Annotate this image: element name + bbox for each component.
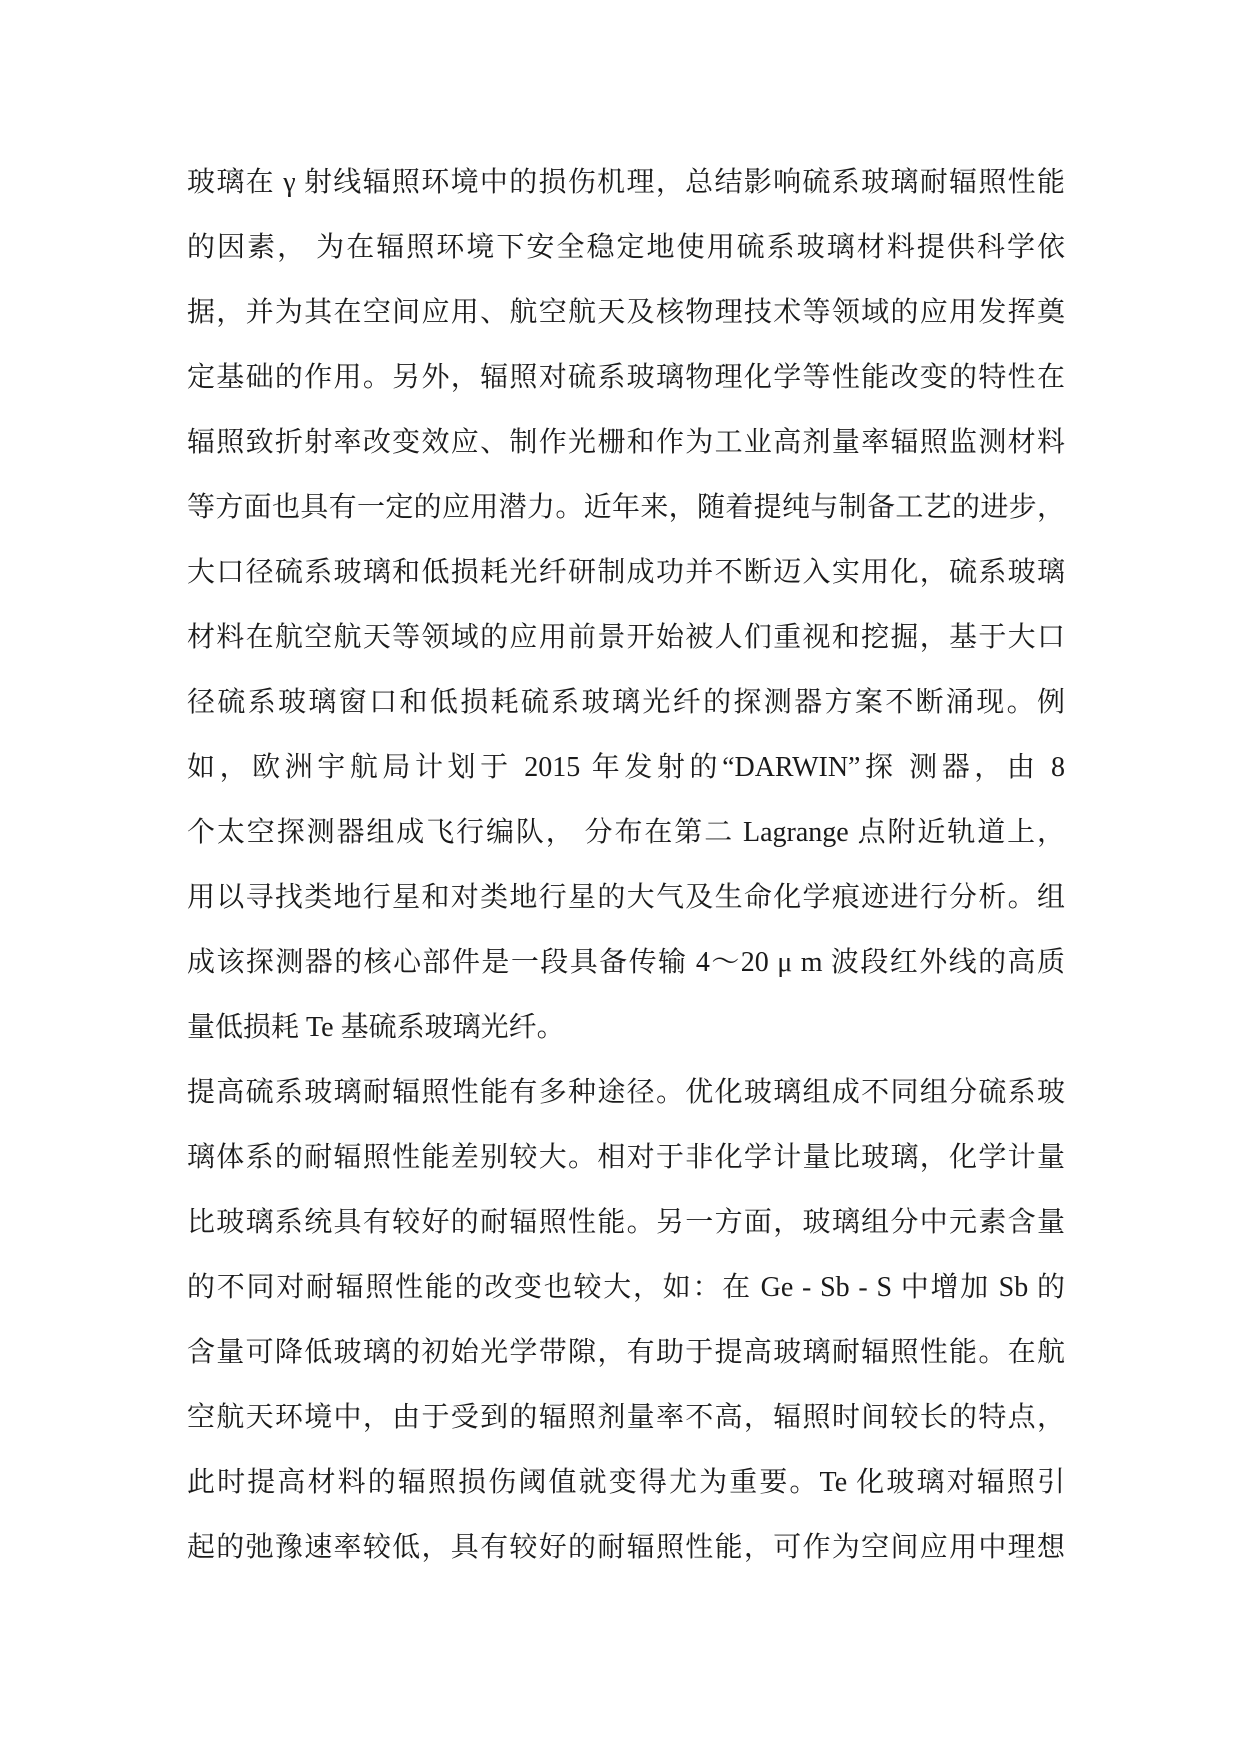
text-line: 玻璃在 γ 射线辐照环境中的损伤机理，总结影响硫系玻璃耐辐照性能 xyxy=(187,150,1065,215)
text-line: 大口径硫系玻璃和低损耗光纤研制成功并不断迈入实用化，硫系玻璃 xyxy=(187,540,1065,605)
text-line: 提高硫系玻璃耐辐照性能有多种途径。优化玻璃组成不同组分硫系玻 xyxy=(187,1060,1065,1125)
text-line: 量低损耗 Te 基硫系玻璃光纤。 xyxy=(187,995,1065,1060)
text-line: 用以寻找类地行星和对类地行星的大气及生命化学痕迹进行分析。组 xyxy=(187,865,1065,930)
text-line: 空航天环境中，由于受到的辐照剂量率不高，辐照时间较长的特点， xyxy=(187,1385,1065,1450)
text-line: 定基础的作用。另外，辐照对硫系玻璃物理化学等性能改变的特性在 xyxy=(187,345,1065,410)
text-line: 据，并为其在空间应用、航空航天及核物理技术等领域的应用发挥奠 xyxy=(187,280,1065,345)
text-line: 含量可降低玻璃的初始光学带隙，有助于提高玻璃耐辐照性能。在航 xyxy=(187,1320,1065,1385)
text-line: 此时提高材料的辐照损伤阈值就变得尤为重要。Te 化玻璃对辐照引 xyxy=(187,1450,1065,1515)
text-line: 个太空探测器组成飞行编队， 分布在第二 Lagrange 点附近轨道上， xyxy=(187,800,1065,865)
text-line: 如，欧洲宇航局计划于 2015 年发射的“DARWIN”探 测器，由 8 xyxy=(187,735,1065,800)
text-line: 的不同对耐辐照性能的改变也较大，如：在 Ge - Sb - S 中增加 Sb 的 xyxy=(187,1255,1065,1320)
text-line: 辐照致折射率改变效应、制作光栅和作为工业高剂量率辐照监测材料 xyxy=(187,410,1065,475)
text-line: 比玻璃系统具有较好的耐辐照性能。另一方面，玻璃组分中元素含量 xyxy=(187,1190,1065,1255)
text-line: 成该探测器的核心部件是一段具备传输 4～20 μ m 波段红外线的高质 xyxy=(187,930,1065,995)
paragraph-2: 提高硫系玻璃耐辐照性能有多种途径。优化玻璃组成不同组分硫系玻 璃体系的耐辐照性能… xyxy=(187,1060,1065,1580)
text-block: 玻璃在 γ 射线辐照环境中的损伤机理，总结影响硫系玻璃耐辐照性能 的因素， 为在… xyxy=(187,150,1065,1580)
text-line: 等方面也具有一定的应用潜力。近年来，随着提纯与制备工艺的进步， xyxy=(187,475,1065,540)
text-line: 材料在航空航天等领域的应用前景开始被人们重视和挖掘，基于大口 xyxy=(187,605,1065,670)
text-line: 璃体系的耐辐照性能差别较大。相对于非化学计量比玻璃，化学计量 xyxy=(187,1125,1065,1190)
paragraph-1: 玻璃在 γ 射线辐照环境中的损伤机理，总结影响硫系玻璃耐辐照性能 的因素， 为在… xyxy=(187,150,1065,1060)
text-line: 径硫系玻璃窗口和低损耗硫系玻璃光纤的探测器方案不断涌现。例 xyxy=(187,670,1065,735)
document-page: 玻璃在 γ 射线辐照环境中的损伤机理，总结影响硫系玻璃耐辐照性能 的因素， 为在… xyxy=(0,0,1240,1753)
text-line: 的因素， 为在辐照环境下安全稳定地使用硫系玻璃材料提供科学依 xyxy=(187,215,1065,280)
text-line: 起的弛豫速率较低，具有较好的耐辐照性能，可作为空间应用中理想 xyxy=(187,1515,1065,1580)
